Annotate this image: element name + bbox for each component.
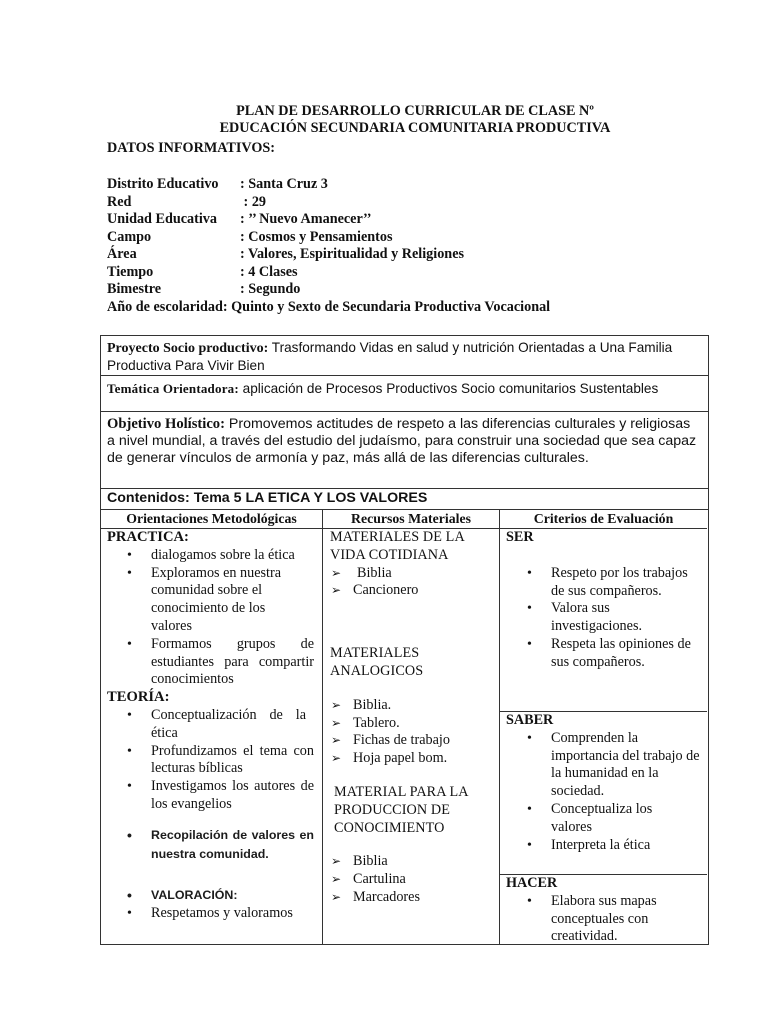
list-item: Cancionero <box>353 582 495 600</box>
info-label: Bimestre <box>107 281 240 299</box>
list-item: Respetamos y valoramos <box>151 905 314 923</box>
info-row-red: Red : 29 <box>107 194 550 212</box>
info-row-escolaridad: Año de escolaridad: Quinto y Sexto de Se… <box>107 299 550 317</box>
info-value: : 29 <box>240 194 266 212</box>
document-header: PLAN DE DESARROLLO CURRICULAR DE CLASE N… <box>0 103 768 137</box>
hacer-cell: HACER Elabora sus mapas conceptuales con… <box>500 875 707 944</box>
datos-informativos-heading: DATOS INFORMATIVOS: <box>107 140 275 157</box>
hacer-list: Elabora sus mapas conceptuales con creat… <box>506 893 701 946</box>
recopilacion-list: Recopilación de valores en nuestra comun… <box>107 826 314 864</box>
info-value: : Santa Cruz 3 <box>240 176 328 194</box>
orientaciones-cell: PRACTICA: dialogamos sobre la ética Expl… <box>101 529 322 944</box>
info-label: Unidad Educativa <box>107 211 240 229</box>
info-label: Año de escolaridad: <box>107 299 228 317</box>
teoria-label: TEORÍA: <box>107 689 314 707</box>
ser-list: Respeto por los trabajos de sus compañer… <box>506 565 701 672</box>
list-item: dialogamos sobre la ética <box>151 547 314 565</box>
info-row-campo: Campo: Cosmos y Pensamientos <box>107 229 550 247</box>
list-item: Respeta las opiniones de sus compañeros. <box>551 636 701 672</box>
proyecto-band: Proyecto Socio productivo: Trasformando … <box>101 336 708 376</box>
info-label: Tiempo <box>107 264 240 282</box>
info-row-area: Área: Valores, Espiritualidad y Religion… <box>107 246 550 264</box>
column-header: Recursos Materiales <box>323 510 499 529</box>
list-item: Tablero. <box>353 715 495 733</box>
list-item: Fichas de trabajo <box>353 732 495 750</box>
material-item: Biblia <box>353 565 392 581</box>
info-value: : Cosmos y Pensamientos <box>240 229 393 247</box>
list-item: Comprenden la importancia del trabajo de… <box>551 730 701 801</box>
info-row-tiempo: Tiempo: 4 Clases <box>107 264 550 282</box>
list-item: Cartulina <box>353 871 495 889</box>
practica-label: PRACTICA: <box>107 529 314 547</box>
tematica-text: aplicación de Procesos Productivos Socio… <box>239 381 658 396</box>
list-item: Biblia. <box>353 697 495 715</box>
list-item: Respeto por los trabajos de sus compañer… <box>551 565 701 601</box>
valoracion-label: VALORACIÓN: <box>151 886 314 905</box>
materials-list: Biblia Cancionero <box>330 565 495 601</box>
info-value: : ’’ Nuevo Amanecer’’ <box>240 211 371 229</box>
info-list: Distrito Educativo: Santa Cruz 3 Red : 2… <box>107 176 550 316</box>
objetivo-label: Objetivo Holístico: <box>107 416 225 432</box>
list-item: Marcadores <box>353 889 495 907</box>
info-row-unidad: Unidad Educativa: ’’ Nuevo Amanecer’’ <box>107 211 550 229</box>
list-item: Recopilación de valores en nuestra comun… <box>151 826 314 864</box>
recursos-cell: MATERIALES DE LA VIDA COTIDIANA Biblia C… <box>323 529 499 944</box>
materials-group-heading: MATERIALES DE LA VIDA COTIDIANA <box>330 529 495 565</box>
materials-list: Biblia Cartulina Marcadores <box>330 853 495 906</box>
ser-cell: SER Respeto por los trabajos de sus comp… <box>500 529 707 712</box>
tematica-label: Temática Orientadora: <box>107 381 239 396</box>
list-item: Conceptualización de la ética <box>151 707 314 743</box>
list-item: Biblia <box>353 853 495 871</box>
ser-label: SER <box>506 529 701 547</box>
column-header: Orientaciones Metodológicas <box>101 510 322 529</box>
materials-list: Biblia. Tablero. Fichas de trabajo Hoja … <box>330 697 495 768</box>
list-item: Profundizamos el tema con lecturas bíbli… <box>151 743 314 779</box>
curriculum-table: Proyecto Socio productivo: Trasformando … <box>100 335 709 945</box>
list-item: Interpreta la ética <box>551 837 701 855</box>
proyecto-label: Proyecto Socio productivo: <box>107 341 268 356</box>
criterios-column: Criterios de Evaluación SER Respeto por … <box>500 510 707 944</box>
list-item: Valora sus investigaciones. <box>551 600 701 636</box>
info-label: Red <box>107 194 240 212</box>
info-row-bimestre: Bimestre: Segundo <box>107 281 550 299</box>
valoracion-list: VALORACIÓN: Respetamos y valoramos <box>107 886 314 923</box>
info-value: : Valores, Espiritualidad y Religiones <box>240 246 464 264</box>
document-subtitle: EDUCACIÓN SECUNDARIA COMUNITARIA PRODUCT… <box>0 120 768 137</box>
objetivo-band: Objetivo Holístico: Promovemos actitudes… <box>101 412 708 489</box>
info-label: Campo <box>107 229 240 247</box>
materials-group-heading: MATERIAL PARA LA PRODUCCION DE CONOCIMIE… <box>330 784 494 837</box>
orientaciones-column: Orientaciones Metodológicas PRACTICA: di… <box>101 510 323 944</box>
info-label: Distrito Educativo <box>107 176 240 194</box>
list-item: Investigamos los autores de los evangeli… <box>151 778 314 814</box>
tematica-band: Temática Orientadora: aplicación de Proc… <box>101 376 708 412</box>
document-title: PLAN DE DESARROLLO CURRICULAR DE CLASE N… <box>0 103 768 120</box>
info-value: : 4 Clases <box>240 264 298 282</box>
list-item: Conceptualiza los valores <box>551 801 701 837</box>
info-row-distrito: Distrito Educativo: Santa Cruz 3 <box>107 176 550 194</box>
saber-label: SABER <box>506 712 701 730</box>
list-item: Elabora sus mapas conceptuales con creat… <box>551 893 701 946</box>
teoria-list: Conceptualización de la ética Profundiza… <box>107 707 314 814</box>
column-header: Criterios de Evaluación <box>500 510 707 529</box>
recursos-column: Recursos Materiales MATERIALES DE LA VID… <box>323 510 500 944</box>
info-value: : Segundo <box>240 281 300 299</box>
saber-list: Comprenden la importancia del trabajo de… <box>506 730 701 855</box>
practica-list: dialogamos sobre la ética Exploramos en … <box>107 547 314 689</box>
list-item: Hoja papel bom. <box>353 750 495 768</box>
info-value: Quinto y Sexto de Secundaria Productiva … <box>228 299 551 317</box>
saber-cell: SABER Comprenden la importancia del trab… <box>500 712 707 875</box>
contenidos-band: Contenidos: Tema 5 LA ETICA Y LOS VALORE… <box>101 489 708 509</box>
materials-group-heading: MATERIALES ANALOGICOS <box>330 645 440 681</box>
list-item: Exploramos en nuestra comunidad sobre el… <box>151 565 314 636</box>
info-label: Área <box>107 246 240 264</box>
list-item: Biblia <box>353 565 495 583</box>
list-item: Formamos grupos de estudiantes para comp… <box>151 636 314 689</box>
content-grid: Orientaciones Metodológicas PRACTICA: di… <box>101 509 708 944</box>
hacer-label: HACER <box>506 875 701 893</box>
